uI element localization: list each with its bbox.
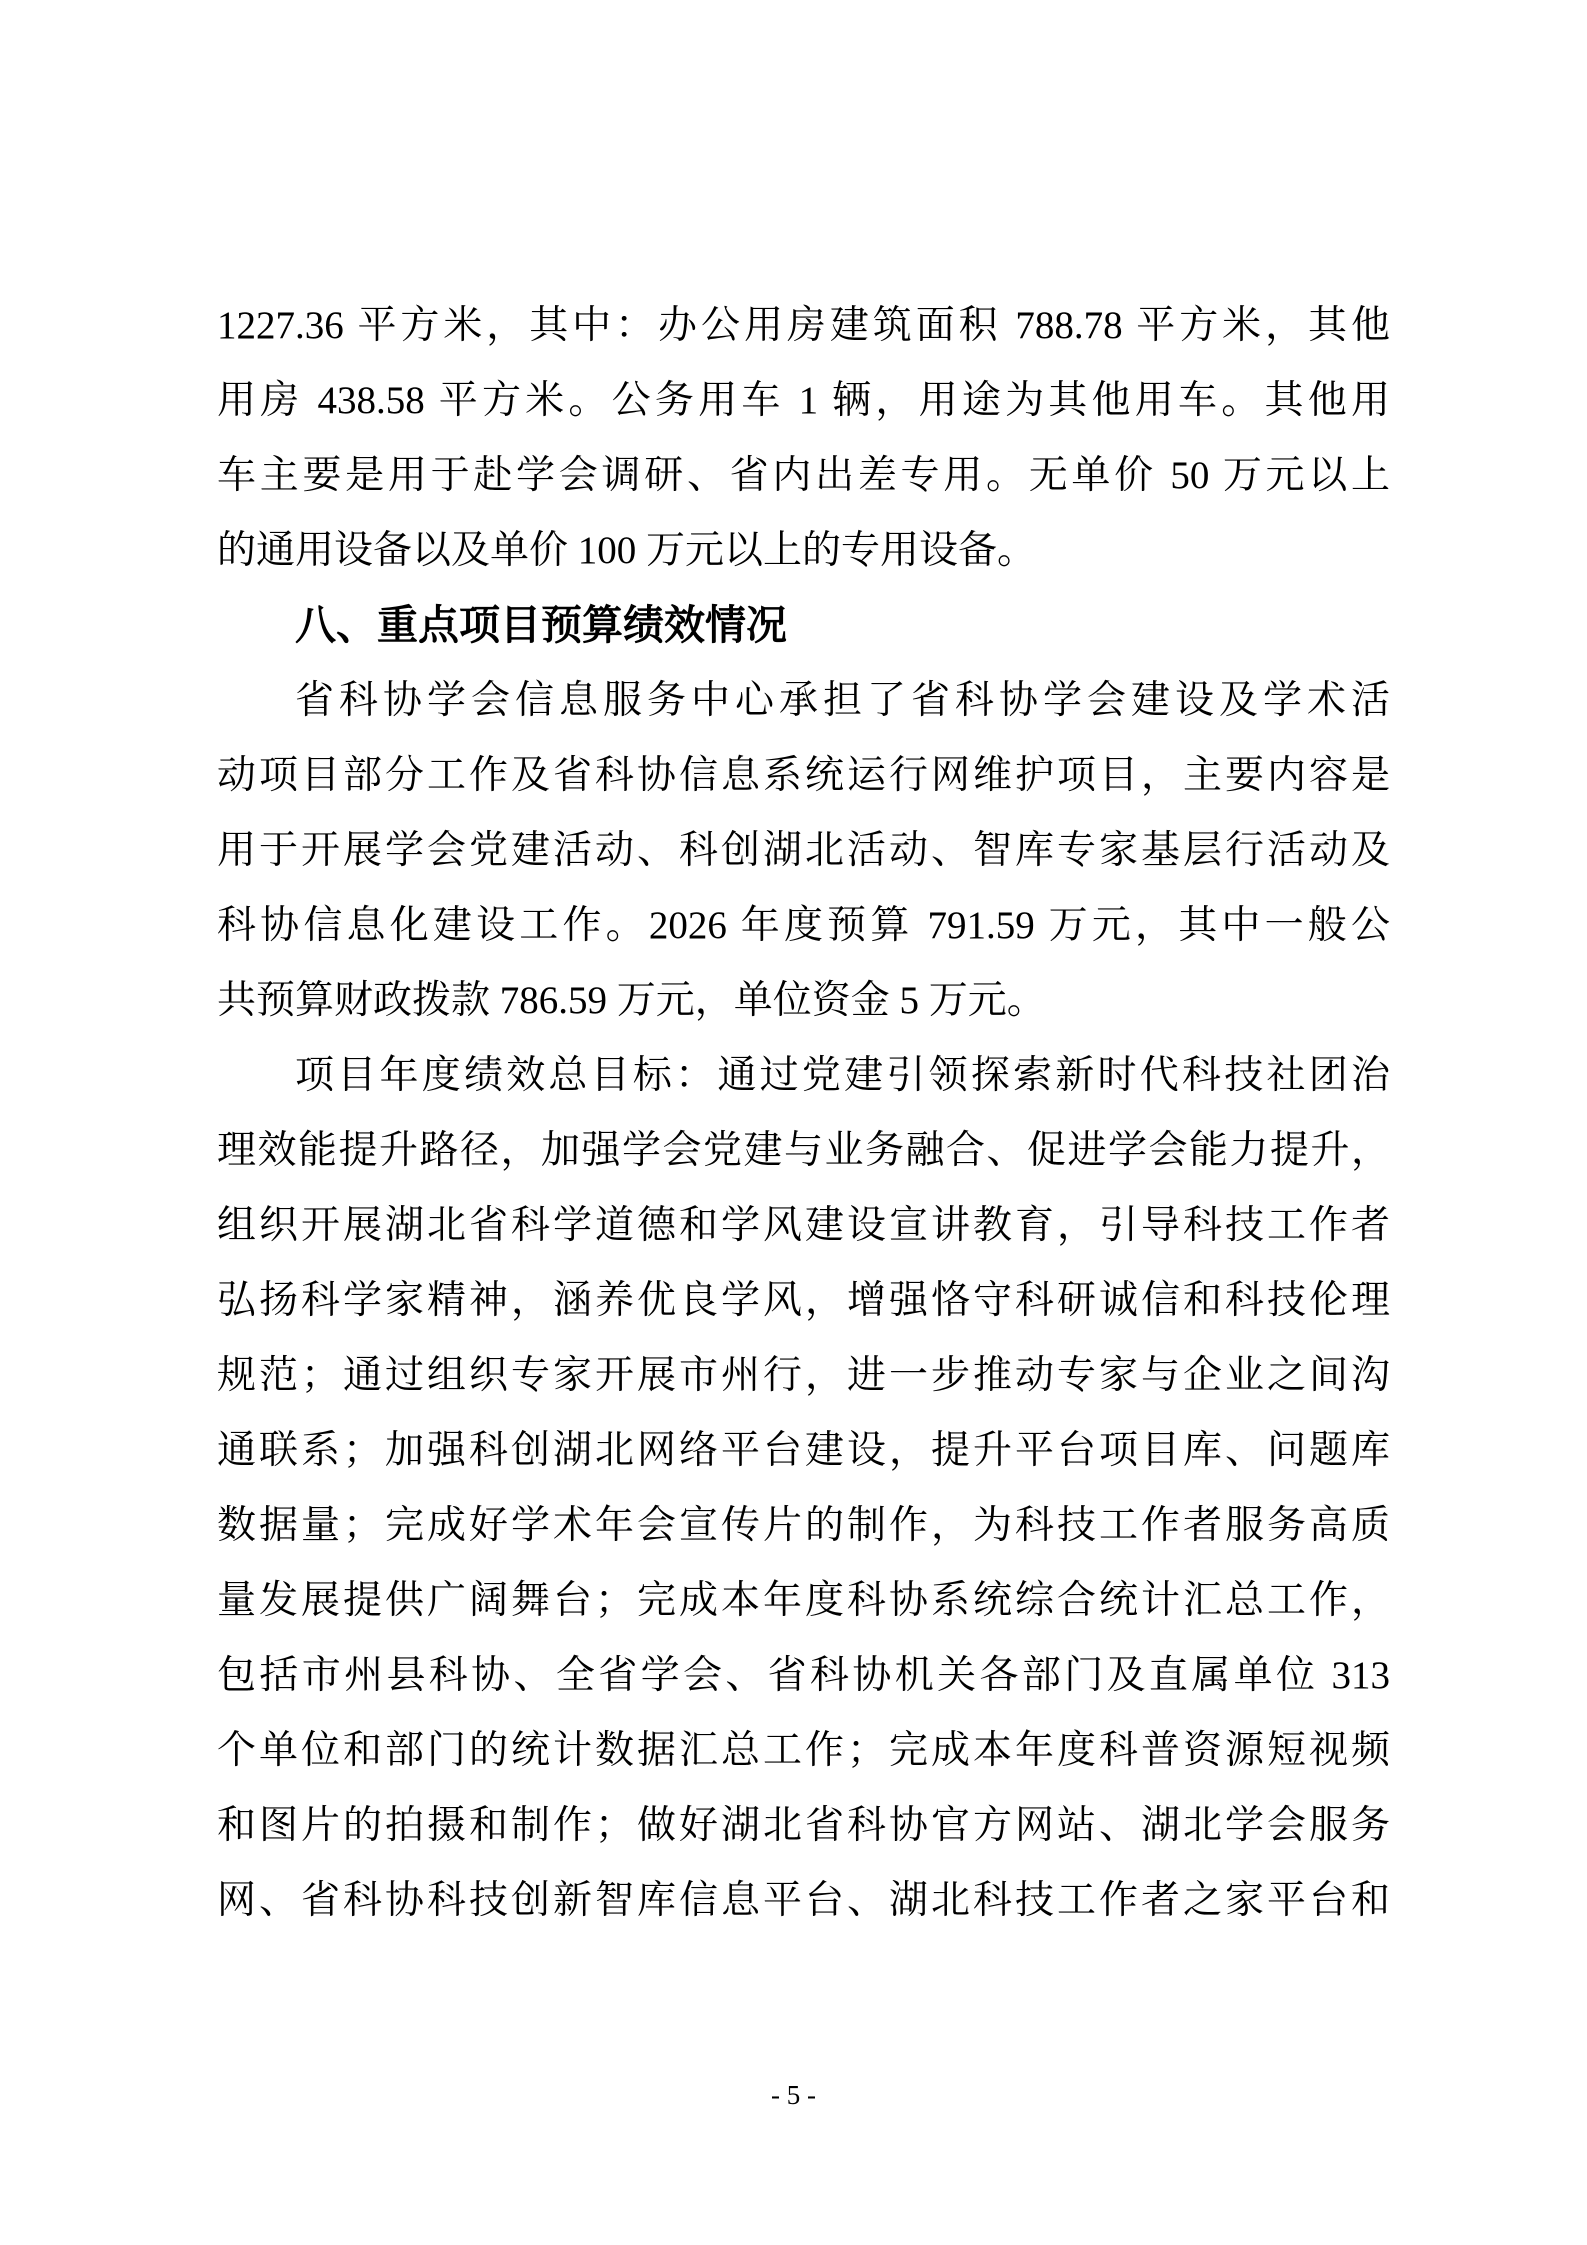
text-line: 通联系；加强科创湖北网络平台建设，提升平台项目库、问题库 bbox=[217, 1413, 1390, 1488]
text-line: 组织开展湖北省科学道德和学风建设宣讲教育，引导科技工作者 bbox=[217, 1188, 1390, 1263]
text-line: 规范；通过组织专家开展市州行，进一步推动专家与企业之间沟 bbox=[217, 1338, 1390, 1413]
text-line: 用房 438.58 平方米。公务用车 1 辆，用途为其他用车。其他用 bbox=[217, 363, 1390, 438]
section-heading: 八、重点项目预算绩效情况 bbox=[217, 588, 1390, 663]
text-line: 量发展提供广阔舞台；完成本年度科协系统综合统计汇总工作， bbox=[217, 1563, 1390, 1638]
text-line: 动项目部分工作及省科协信息系统运行网维护项目，主要内容是 bbox=[217, 738, 1390, 813]
text-line: 和图片的拍摄和制作；做好湖北省科协官方网站、湖北学会服务 bbox=[217, 1788, 1390, 1863]
text-line: 个单位和部门的统计数据汇总工作；完成本年度科普资源短视频 bbox=[217, 1713, 1390, 1788]
text-line: 科协信息化建设工作。2026 年度预算 791.59 万元，其中一般公 bbox=[217, 888, 1390, 963]
document-page: 1227.36 平方米，其中：办公用房建筑面积 788.78 平方米，其他 用房… bbox=[0, 0, 1587, 2245]
text-line: 项目年度绩效总目标：通过党建引领探索新时代科技社团治 bbox=[217, 1038, 1390, 1113]
text-line: 用于开展学会党建活动、科创湖北活动、智库专家基层行活动及 bbox=[217, 813, 1390, 888]
text-line: 的通用设备以及单价 100 万元以上的专用设备。 bbox=[217, 513, 1390, 588]
text-line: 包括市州县科协、全省学会、省科协机关各部门及直属单位 313 bbox=[217, 1638, 1390, 1713]
text-line: 弘扬科学家精神，涵养优良学风，增强恪守科研诚信和科技伦理 bbox=[217, 1263, 1390, 1338]
text-line: 省科协学会信息服务中心承担了省科协学会建设及学术活 bbox=[217, 663, 1390, 738]
text-line: 数据量；完成好学术年会宣传片的制作，为科技工作者服务高质 bbox=[217, 1488, 1390, 1563]
text-line: 车主要是用于赴学会调研、省内出差专用。无单价 50 万元以上 bbox=[217, 438, 1390, 513]
page-number: - 5 - bbox=[0, 2078, 1587, 2112]
text-line: 理效能提升路径，加强学会党建与业务融合、促进学会能力提升， bbox=[217, 1113, 1390, 1188]
text-line: 1227.36 平方米，其中：办公用房建筑面积 788.78 平方米，其他 bbox=[217, 288, 1390, 363]
text-line: 共预算财政拨款 786.59 万元，单位资金 5 万元。 bbox=[217, 963, 1390, 1038]
text-line: 网、省科协科技创新智库信息平台、湖北科技工作者之家平台和 bbox=[217, 1863, 1390, 1938]
document-body: 1227.36 平方米，其中：办公用房建筑面积 788.78 平方米，其他 用房… bbox=[217, 288, 1390, 1938]
